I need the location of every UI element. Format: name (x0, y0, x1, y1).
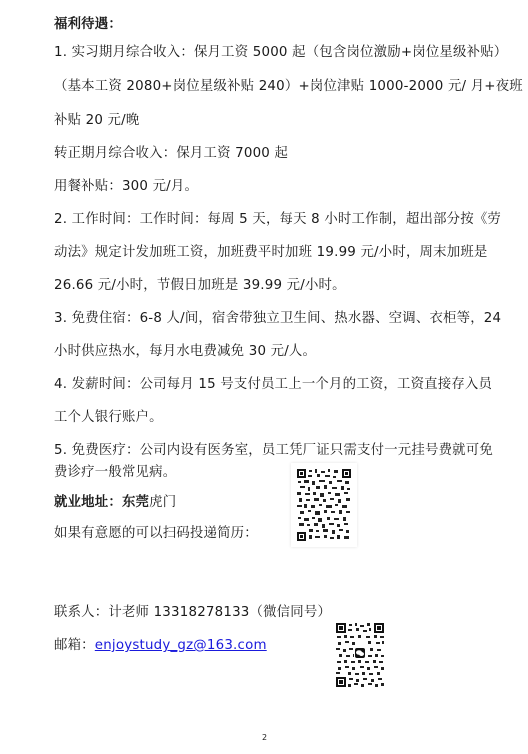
apply-instruction: 如果有意愿的可以扫码投递简历： (54, 526, 258, 542)
address-line: 就业地址：东莞虎门 (54, 495, 176, 511)
contact-person: 联系人：计老师 13318278133（微信同号） (54, 605, 331, 621)
welfare-line: 5. 免费医疗：公司内设有医务室，员工凭厂证只需支付一元挂号费就可免 (54, 443, 493, 459)
welfare-line: 用餐补贴：300 元/月。 (54, 179, 198, 195)
address-label: 就业地址： (54, 495, 122, 510)
email-line: 邮箱：enjoystudy_gz@163.com (54, 638, 267, 654)
welfare-line: 动法》规定计发加班工资，加班费平时加班 19.99 元/小时，周末加班是 (54, 245, 488, 261)
wechat-qr-code-icon[interactable] (334, 621, 386, 689)
welfare-line: 1. 实习期月综合收入：保月工资 5000 起（包含岗位激励+岗位星级补贴） (54, 45, 507, 61)
address-city: 东莞 (122, 495, 149, 510)
address-district: 虎门 (149, 495, 176, 510)
welfare-line: 4. 发薪时间：公司每月 15 号支付员工上一个月的工资，工资直接存入员 (54, 377, 492, 393)
email-link[interactable]: enjoystudy_gz@163.com (95, 638, 267, 653)
email-label: 邮箱： (54, 638, 95, 653)
resume-qr-code-icon[interactable] (291, 463, 357, 547)
welfare-line: 小时供应热水，每月水电费减免 30 元/人。 (54, 344, 316, 360)
welfare-line: 26.66 元/小时，节假日加班是 39.99 元/小时。 (54, 278, 346, 294)
welfare-line: 补贴 20 元/晚 (54, 113, 139, 129)
welfare-line: 3. 免费住宿：6-8 人/间，宿舍带独立卫生间、热水器、空调、衣柜等，24 (54, 311, 501, 327)
welfare-line: 转正期月综合收入：保月工资 7000 起 (54, 146, 288, 162)
welfare-line: 2. 工作时间：工作时间：每周 5 天，每天 8 小时工作制，超出部分按《劳 (54, 212, 501, 228)
welfare-line: 工个人银行账户。 (54, 410, 163, 426)
page-number: 2 (262, 733, 267, 742)
welfare-line: 费诊疗一般常见病。 (54, 465, 176, 481)
welfare-line: （基本工资 2080+岗位星级补贴 240）+岗位津贴 1000-2000 元/… (54, 79, 523, 95)
welfare-heading: 福利待遇： (54, 17, 122, 33)
